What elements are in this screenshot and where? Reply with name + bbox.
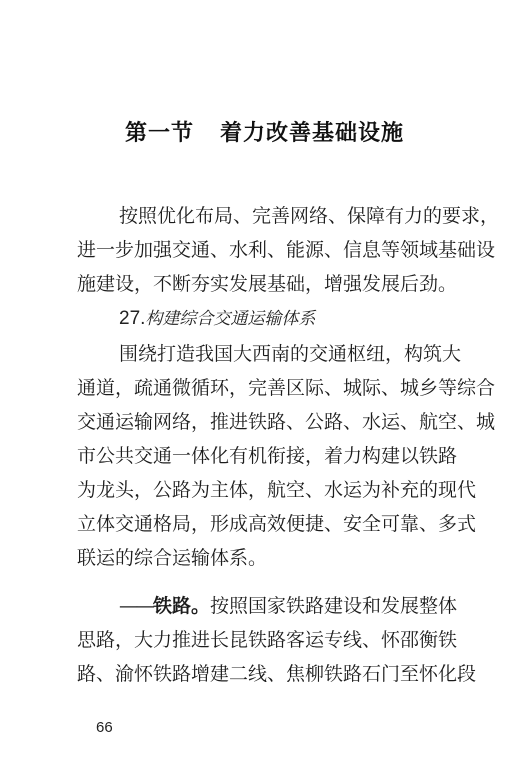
- transport-line-7: 联运的综合运输体系。: [77, 545, 455, 571]
- intro-line-1: 按照优化布局、完善网络、保障有力的要求，: [119, 203, 455, 229]
- section-number: 第一节: [125, 121, 194, 146]
- subsection-heading: 27.构建综合交通运输体系: [119, 306, 315, 332]
- transport-line-4: 市公共交通一体化有机衔接，着力构建以铁路: [77, 443, 455, 469]
- document-page: 第一节着力改善基础设施 按照优化布局、完善网络、保障有力的要求， 进一步加强交通…: [0, 0, 529, 774]
- subsection-title: 构建综合交通运输体系: [145, 309, 315, 329]
- railway-lead: 铁路。: [153, 595, 210, 617]
- em-dash: ——: [119, 595, 153, 617]
- transport-line-1: 围绕打造我国大西南的交通枢纽，构筑大: [119, 341, 455, 367]
- intro-line-3: 施建设，不断夯实发展基础，增强发展后劲。: [77, 271, 455, 297]
- section-heading: 第一节着力改善基础设施: [0, 119, 529, 149]
- transport-line-3: 交通运输网络，推进铁路、公路、水运、航空、城: [77, 409, 455, 435]
- railway-line-1: ——铁路。按照国家铁路建设和发展整体: [119, 593, 455, 619]
- transport-line-5: 为龙头，公路为主体，航空、水运为补充的现代: [77, 477, 455, 503]
- section-title-text: 着力改善基础设施: [220, 121, 404, 146]
- transport-line-6: 立体交通格局，形成高效便捷、安全可靠、多式: [77, 511, 455, 537]
- page-number: 66: [96, 719, 113, 737]
- railway-line-3: 路、渝怀铁路增建二线、焦柳铁路石门至怀化段: [77, 661, 455, 687]
- railway-line-2: 思路，大力推进长昆铁路客运专线、怀邵衡铁: [77, 627, 455, 653]
- railway-line-1-rest: 按照国家铁路建设和发展整体: [210, 595, 457, 617]
- intro-line-2: 进一步加强交通、水利、能源、信息等领域基础设: [77, 237, 455, 263]
- transport-line-2: 通道，疏通微循环，完善区际、城际、城乡等综合: [77, 375, 455, 401]
- subsection-number: 27.: [119, 308, 145, 329]
